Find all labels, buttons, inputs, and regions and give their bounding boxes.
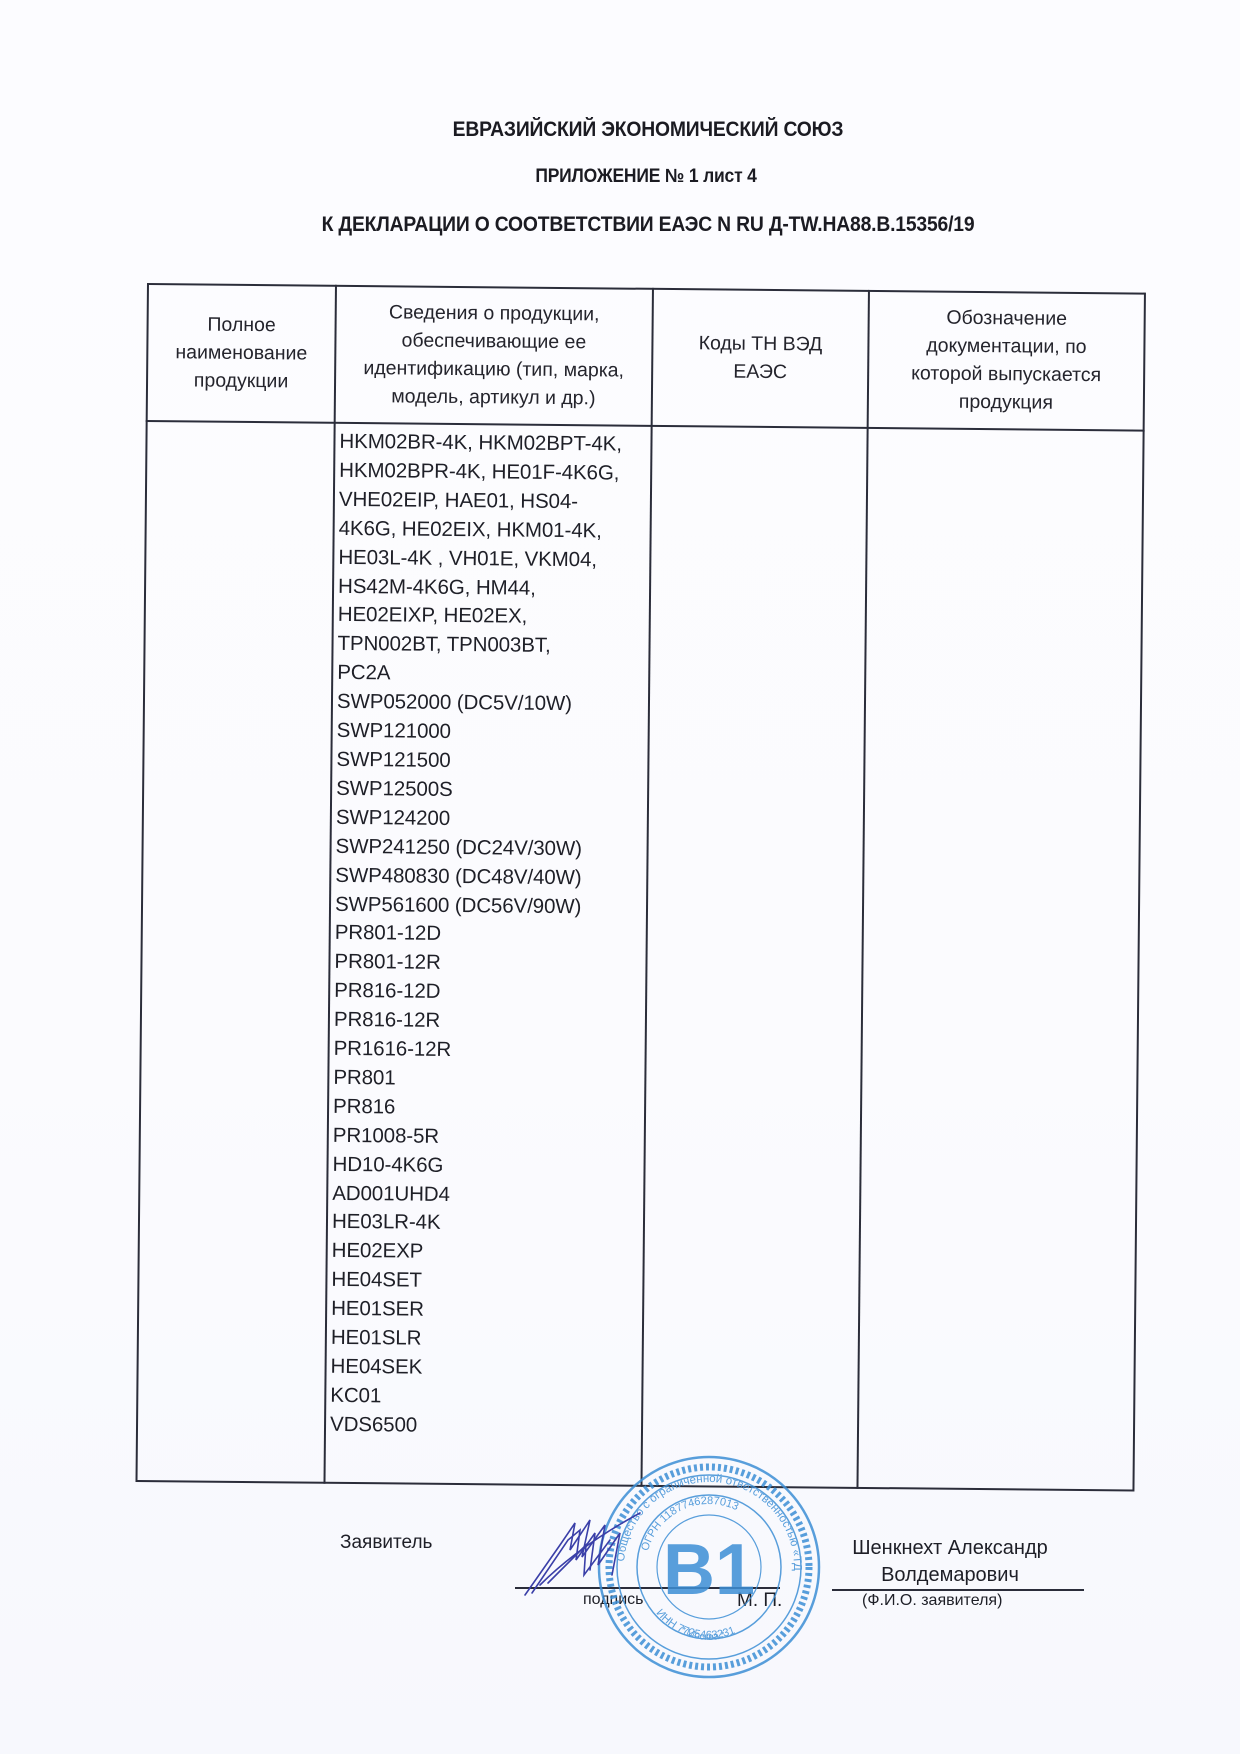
model-line: TPN002BT, TPN003BT,	[337, 630, 647, 662]
header-text-line: ЕАЭС	[698, 357, 822, 386]
model-line: HE01SLR	[331, 1324, 641, 1356]
handwritten-signature	[520, 1505, 650, 1600]
model-line: PR801-12R	[334, 948, 644, 980]
model-line: VHE02EIP, HAE01, HS04-	[339, 486, 649, 518]
model-line: SWP241250 (DC24V/30W)	[335, 833, 645, 865]
appendix-title: ПРИЛОЖЕНИЕ № 1 лист 4	[76, 166, 1217, 188]
model-line: PR816-12R	[334, 1006, 644, 1038]
model-line: KC01	[330, 1382, 640, 1414]
model-line: VDS6500	[330, 1411, 640, 1443]
model-line: SWP561600 (DC56V/90W)	[335, 890, 645, 922]
header-documentation: Обозначениедокументации, покоторой выпус…	[869, 290, 1144, 430]
applicant-name-line2: Волдемарович	[830, 1562, 1070, 1589]
model-line: 4K6G, HE02EIX, HKM01-4K,	[339, 515, 649, 547]
model-line: SWP12500S	[336, 775, 646, 807]
model-line: PR816-12D	[334, 977, 644, 1009]
header-text-line: идентификацию (тип, марка,	[363, 354, 624, 385]
model-line: SWP121000	[337, 717, 647, 749]
header-text-line: которой выпускается	[911, 359, 1101, 389]
header-text-line: Сведения о продукции,	[364, 298, 625, 329]
header-text-line: обеспечивающие ее	[364, 326, 625, 357]
model-line: PR1616-12R	[334, 1035, 644, 1067]
model-line: HKM02BR-4K, HKM02BPT-4K,	[339, 428, 649, 460]
model-line: PR801	[333, 1064, 643, 1096]
applicant-name-line1: Шенкнехт Александр	[830, 1535, 1070, 1562]
model-line: HE01SER	[331, 1295, 641, 1327]
header-text-line: продукция	[911, 387, 1101, 417]
model-line: HD10-4K6G	[332, 1150, 642, 1182]
header-text-line: модель, артикул и др.)	[363, 382, 624, 413]
applicant-label: Заявитель	[340, 1532, 432, 1554]
header-text-line: документации, по	[911, 331, 1101, 361]
model-line: SWP124200	[336, 804, 646, 836]
model-line: PR1008-5R	[333, 1122, 643, 1154]
stamp-city: * Москва *	[678, 1625, 726, 1643]
applicant-name: Шенкнехт Александр Волдемарович	[830, 1535, 1070, 1589]
header-text-line: Коды ТН ВЭД	[699, 329, 823, 358]
header-text-line: наименование	[175, 338, 307, 367]
model-line: HS42M-4K6G, HM44,	[338, 572, 648, 604]
model-line: SWP121500	[336, 746, 646, 778]
model-line: SWP480830 (DC48V/40W)	[335, 861, 645, 893]
header-text-line: Обозначение	[912, 303, 1102, 333]
name-line	[832, 1589, 1084, 1591]
model-line: HKM02BPR-4K, HE01F-4K6G,	[339, 457, 649, 489]
header-text-line: продукции	[175, 366, 307, 395]
products-table: Полноенаименованиепродукции Сведения о п…	[135, 283, 1145, 1492]
header-product-name: Полноенаименованиепродукции	[148, 283, 335, 422]
stamp-logo: В1	[663, 1530, 755, 1610]
model-line: HE02EIXP, HE02EX,	[338, 601, 648, 633]
declaration-title: К ДЕКЛАРАЦИИ О СООТВЕТСТВИИ ЕАЭС N RU Д-…	[78, 213, 1219, 237]
header-text-line: Полное	[176, 310, 308, 339]
model-line: PC2A	[337, 659, 647, 691]
model-line: HE02EXP	[332, 1237, 642, 1269]
model-line: PR816	[333, 1093, 643, 1125]
header-tn-ved-codes: Коды ТН ВЭДЕАЭС	[653, 288, 868, 427]
model-line: PR801-12D	[335, 919, 645, 951]
name-caption: (Ф.И.О. заявителя)	[862, 1592, 1002, 1610]
model-line: HE04SET	[331, 1266, 641, 1298]
model-line: HE04SEK	[330, 1353, 640, 1385]
model-line: AD001UHD4	[332, 1179, 642, 1211]
union-title: ЕВРАЗИЙСКИЙ ЭКОНОМИЧЕСКИЙ СОЮЗ	[78, 118, 1219, 142]
header-product-info: Сведения о продукции,обеспечивающие ееид…	[336, 285, 652, 425]
model-list: HKM02BR-4K, HKM02BPT-4K,HKM02BPR-4K, HE0…	[330, 428, 650, 1443]
model-line: SWP052000 (DC5V/10W)	[337, 688, 647, 720]
model-line: HE03L-4K , VH01E, VKM04,	[338, 543, 648, 575]
model-line: HE03LR-4K	[332, 1208, 642, 1240]
